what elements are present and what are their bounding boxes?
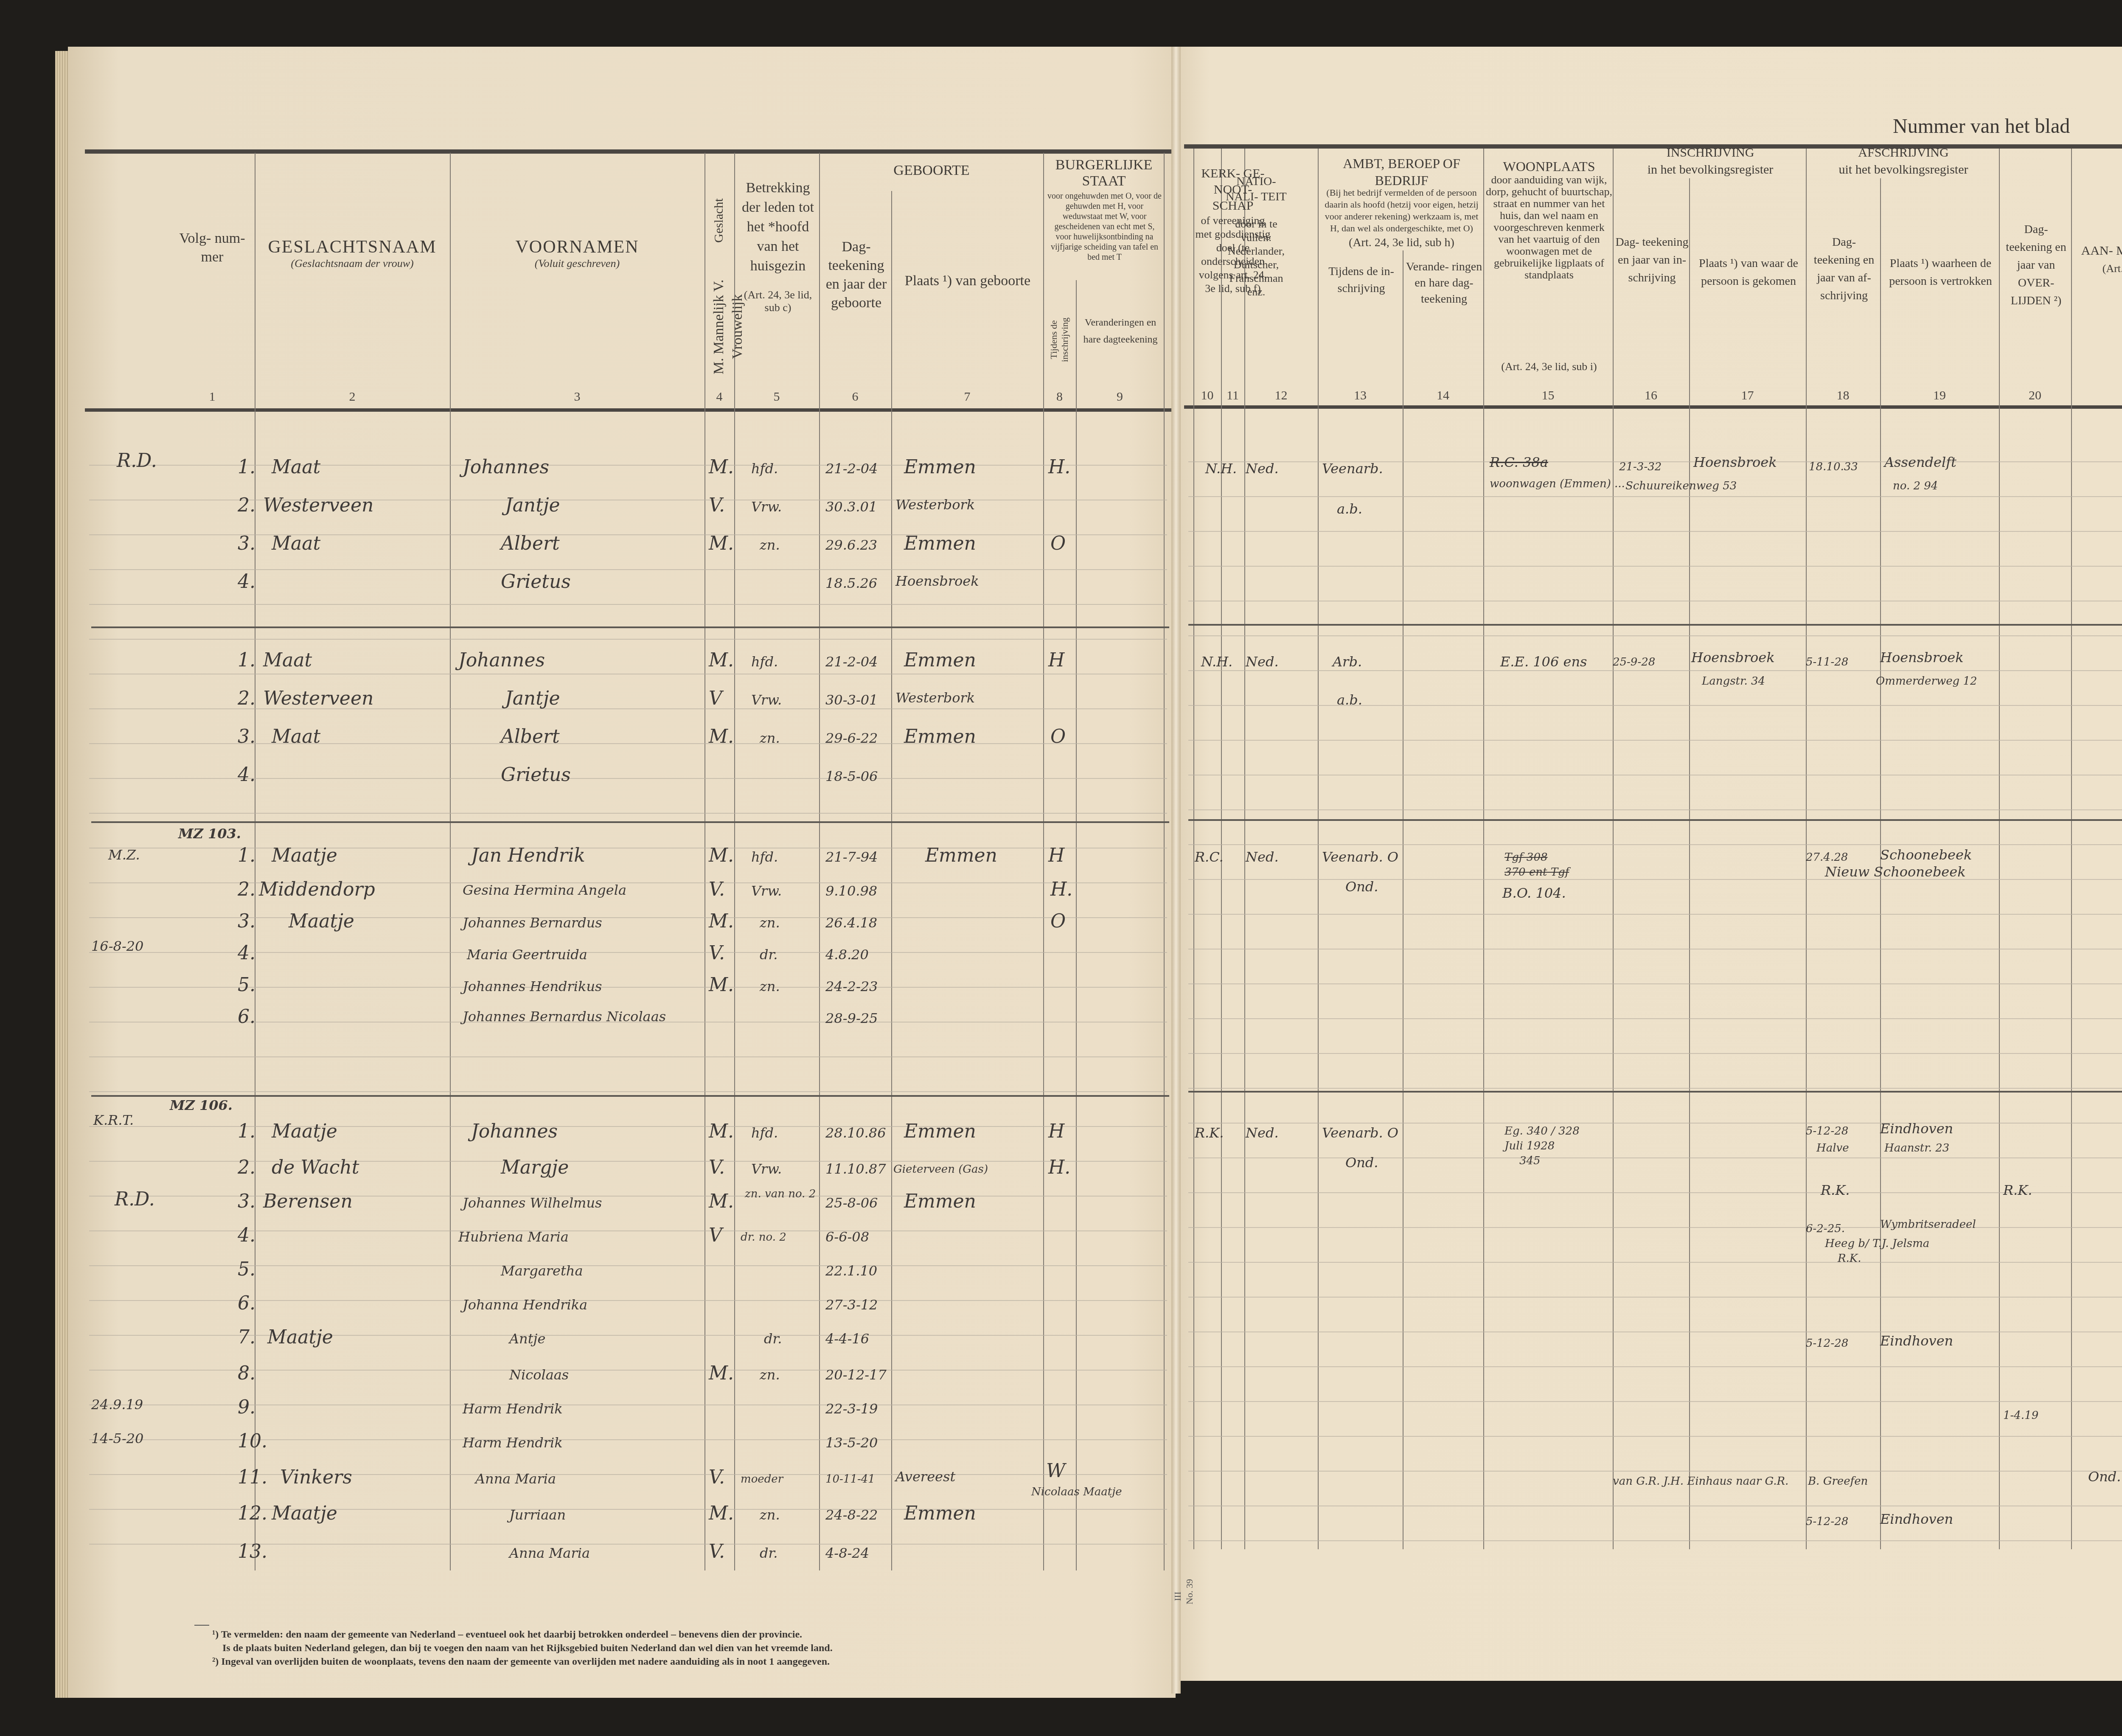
member-relation: hfd. [751,849,778,865]
ruling-line [1188,566,2122,567]
colnum-10: 10 [1193,388,1221,403]
member-relation: zn. van no. 2 [745,1188,817,1199]
header-inschrijving-title: INSCHRIJVING [1615,144,1806,161]
member-residence: Eg. 340 / 328 [1504,1125,1580,1138]
member-pob: Westerbork [895,497,975,513]
member-out-place: Eindhoven [1880,1333,1953,1349]
member-given: Albert [501,533,560,554]
ruling-line [89,1056,1167,1057]
header-ambt-art: (Art. 24, 3e lid, sub h) [1320,233,1483,252]
member-relation: zn. [760,730,780,746]
ruling-line [1188,809,2122,810]
member-number: 3. [238,910,255,932]
member-out-date: 6-2-25. [1806,1222,1845,1235]
member-in-date: 25-9-28 [1613,656,1655,669]
header-col5: Betrekking der leden tot het *hoofd van … [738,178,818,314]
member-pob: Emmen [925,845,997,866]
header-col11: NATIO- NALI- TEIT door in te vullen: Ned… [1222,174,1290,299]
member-out-place: Eindhoven [1880,1121,1953,1137]
member-pob: Emmen [904,1191,976,1212]
header-inschrijving-sub: in het bevolkingsregister [1615,161,1806,178]
member-given: Harm Hendrik [463,1401,563,1417]
member-given: Johannes Bernardus Nicolaas [463,1006,700,1027]
colnum-4: 4 [705,390,734,404]
member-given: Jantje [505,494,560,516]
ruling-line [1188,601,2122,601]
member-pob: Hoensbroek [895,573,979,589]
member-surname: Maat [272,456,320,478]
col-divider [819,153,820,1570]
member-number: 1. [238,1121,255,1142]
member-dob: 4-4-16 [825,1331,869,1347]
member-relation: dr. no. 2 [741,1231,786,1244]
member-given: Jantje [505,688,560,709]
member-church: R.K. [1195,1125,1224,1141]
member-sex: M. [709,649,734,671]
margin-note: R.D. [115,1188,155,1210]
member-residence-new: B.O. 104. [1502,885,1566,901]
member-residence-change: 370 ent Tgf [1504,866,1569,879]
member-number: 2. [238,1157,255,1178]
colnum-1: 1 [170,390,255,404]
col-divider [1164,153,1165,1570]
member-dob: 4-8-24 [825,1545,869,1561]
member-dob: 28-9-25 [825,1010,878,1026]
member-occupation-note: Ond. [1345,1155,1378,1171]
member-relation: hfd. [751,461,778,477]
member-out-place-2: Nieuw Schoonebeek [1825,864,1966,880]
header-top-rule-left [85,149,1171,154]
member-out-date: 5-12-28 [1806,1337,1848,1350]
ruling-line [1188,1157,2122,1158]
member-given: Gesina Hermina Angela [463,882,626,898]
member-occupation-note: a.b. [1337,692,1362,708]
member-sex: V. [709,494,725,516]
col-divider [1689,178,1690,1549]
member-sex: M. [709,533,734,554]
member-civil: H [1048,845,1064,866]
member-sex: M. [709,456,734,478]
household-separator [91,821,1169,823]
header-col11-sub: door in te vullen: Nederlander, Duitsche… [1222,217,1290,299]
member-number: 1. [238,456,255,478]
header-col13: Verande- ringen en hare dag- teekening [1405,259,1483,307]
member-number: 2. [238,879,255,900]
ruling-line [1188,775,2122,775]
ruling-line [1188,914,2122,915]
member-out-date: 5-12-28 [1806,1125,1848,1138]
colnum-20: 20 [1999,388,2071,403]
member-sex: V. [709,1157,725,1178]
member-in-place: van G.R. J.H. Einhaus [1613,1475,1732,1488]
ruling-line [1188,705,2122,706]
member-out-place-street: Haanstr. 23 [1884,1142,1949,1155]
member-sex: V. [709,942,725,964]
header-col4: Geslacht [710,178,731,263]
ruling-line [1188,879,2122,880]
member-relation: dr. [760,947,778,963]
col-divider [1318,149,1319,1549]
member-given: Johannes Wilhelmus [463,1195,602,1211]
member-sex: M. [709,910,734,932]
member-dob: 18-5-06 [825,768,878,784]
header-col12: Tijdens de in- schrijving [1320,263,1403,297]
member-civil: H. [1048,456,1070,478]
member-out-place: R.K. [1821,1182,1850,1198]
member-dob: 30-3-01 [825,692,878,708]
header-col9: Veranderingen en hare dagteekening [1078,314,1163,348]
member-sex: V [709,1225,722,1246]
member-given: Johanna Hendrika [463,1297,587,1313]
margin-reference: MZ 103. [178,826,241,842]
colnum-12: 12 [1244,388,1318,403]
member-dob: 11.10.87 [825,1161,886,1177]
member-residence: R.C. 38a [1490,454,1548,470]
member-relation: dr. [764,1331,782,1347]
member-relation: dr. [760,1545,778,1561]
member-given: Johannes [463,456,549,478]
member-civil-note: Nicolaas Maatje [1031,1486,1122,1498]
col-divider [1043,153,1044,1570]
member-given: Hubriena Maria [458,1229,569,1245]
member-church: N.H. [1201,654,1232,670]
header-afschrijving: AFSCHRIJVING uit het bevolkingsregister [1808,144,1999,178]
ruling-line [89,639,1167,640]
member-given: Margje [501,1157,569,1178]
margin-reference: MZ 106. [170,1097,233,1113]
member-surname: Westerveen [263,494,373,516]
header-col16: Plaats ¹) van waar de persoon is gekomen [1691,255,1806,290]
member-number: 6. [238,1292,255,1314]
member-surname: Middendorp [259,879,375,900]
header-col19: Dag- teekening en jaar van OVER- LIJDEN … [2001,221,2071,310]
header-col20: AAN- MERKINGEN (Art. 24, 5e lid) [2073,242,2122,278]
member-given: Johannes [458,649,545,671]
member-dob: 28.10.86 [825,1125,886,1141]
ruling-line [1188,1471,2122,1472]
header-col17: Dag- teekening en jaar van af- schrijvin… [1808,233,1880,305]
member-nationality: Ned. [1246,849,1279,865]
member-civil: O [1050,533,1066,554]
ruling-line [1188,844,2122,845]
member-pob: Emmen [904,1121,976,1142]
colnum-8: 8 [1043,390,1076,404]
header-col14: WOONPLAATS [1485,157,1613,176]
header-col6: Dag- teekening en jaar der geboorte [821,238,891,312]
member-dob: 22-3-19 [825,1401,878,1417]
member-surname: Maatje [272,1121,337,1142]
member-in-place-street: Langstr. 34 [1702,675,1765,688]
colnum-18: 18 [1806,388,1880,403]
member-in-place: Hoensbroek [1691,649,1775,666]
ruling-line [1188,1297,2122,1298]
member-dob: 30.3.01 [825,499,877,515]
col-divider [1076,280,1077,1570]
member-surname: Maat [272,726,320,747]
member-surname: Maat [263,649,312,671]
member-dob: 9.10.98 [825,883,877,899]
member-relation: zn. [760,1367,780,1383]
member-dob: 24-8-22 [825,1507,878,1523]
col-divider [1999,149,2000,1549]
member-sex: V. [709,1466,725,1488]
header-col4-sub: M. Mannelijk V. Vrouwelijk [710,272,731,382]
header-bottom-rule-left [85,408,1171,412]
member-number: 2. [238,494,255,516]
household-separator [91,626,1169,628]
ruling-line [1188,670,2122,671]
header-col2-title: GESLACHTSNAAM [263,238,441,256]
member-number: 10. [238,1430,267,1452]
member-relation: Vrw. [751,499,782,515]
colnum-6: 6 [819,390,891,404]
footnote-1-cont: Is de plaats buiten Nederland gelegen, d… [212,1641,942,1655]
member-church: R.C. [1195,849,1224,865]
member-number: 4. [238,1225,255,1246]
ruling-line [89,1091,1167,1092]
header-ambt-sub: (Bij het bedrijf vermelden of de persoon… [1322,187,1481,234]
col-divider [1483,149,1484,1549]
household-separator [1188,819,2122,821]
header-col5-title: Betrekking der leden tot het *hoofd van … [738,178,818,276]
member-dob: 18.5.26 [825,575,877,591]
col-divider [2071,149,2072,1549]
member-number: 3. [238,533,255,554]
ruling-line [1188,531,2122,532]
member-dob: 13-5-20 [825,1435,878,1451]
member-dob: 24-2-23 [825,978,878,994]
header-col7: Plaats ¹) van geboorte [893,272,1042,290]
member-given: Antje [509,1331,545,1347]
ruling-line [1188,635,2122,636]
member-dob: 27-3-12 [825,1297,878,1313]
ruling-line [1188,1088,2122,1089]
member-number: 3. [238,726,255,747]
colnum-5: 5 [734,390,819,404]
member-number: 2. [238,688,255,709]
member-nationality: Ned. [1246,654,1279,670]
member-number: 9. [238,1396,255,1418]
colnum-14: 14 [1403,388,1483,403]
member-number: 6. [238,1006,255,1028]
member-occupation-note: Ond. [1345,879,1378,895]
member-number: 4. [238,571,255,593]
ruling-line [89,569,1167,570]
ruling-line [1188,1123,2122,1124]
household-separator [1188,1091,2122,1093]
member-civil: O [1050,910,1066,932]
member-relation: moeder [741,1473,783,1486]
member-relation: zn. [760,915,780,931]
ruling-line [1188,1053,2122,1054]
member-number: 1. [238,649,255,671]
header-col14-art: (Art. 24, 3e lid, sub i) [1485,361,1613,373]
member-surname: Maatje [272,845,337,866]
member-death: 1-4.19 [2003,1409,2038,1422]
ruling-line [1188,1192,2122,1193]
member-residence: E.E. 106 ens [1500,654,1587,670]
member-in-date: 21-3-32 [1619,461,1662,473]
header-col11-title: NATIO- NALI- TEIT [1222,174,1290,205]
member-number: 3. [238,1191,255,1212]
member-pob: Westerbork [895,690,975,706]
member-number: 4. [238,942,255,964]
member-residence-new: 345 [1519,1155,1541,1167]
member-given: Margaretha [501,1263,583,1279]
book-spine [1171,47,1181,1694]
member-given: Nicolaas [509,1367,569,1383]
member-surname: Berensen [263,1191,353,1212]
margin-note: R.D. [117,450,157,472]
member-death: R.K. [2003,1182,2032,1198]
member-dob: 21-2-04 [825,654,878,670]
member-given: Johannes Bernardus [463,915,602,931]
member-civil: W [1046,1460,1065,1482]
member-relation: zn. [760,1507,780,1523]
member-sex: V. [709,879,725,900]
member-out-place: Eindhoven [1880,1511,1953,1527]
header-col3-sub: (Voluit geschreven) [458,256,696,271]
member-number: 13. [238,1541,267,1562]
ruling-line [1188,740,2122,741]
member-dob: 6-6-08 [825,1229,869,1245]
ruling-line [1188,1506,2122,1506]
member-occupation: Veenarb. [1322,461,1383,477]
col-divider [1403,250,1403,1549]
col-divider [450,153,451,1570]
col-divider [1613,149,1614,1549]
header-bottom-rule-right [1184,405,2122,409]
member-out-place-note: Heeg b/ T.J. Jelsma [1825,1237,1929,1250]
header-geboorte: GEBOORTE [821,161,1042,180]
header-col18: Plaats ¹) waarheen de persoon is vertrok… [1882,255,1999,290]
member-given: Johannes [471,1121,558,1142]
member-pob: Emmen [904,533,976,554]
member-in-place: Hoensbroek [1693,454,1777,470]
member-church: N.H. [1205,461,1237,477]
header-col5-sub: (Art. 24, 3e lid, sub c) [738,289,818,314]
member-sex: M. [709,726,734,747]
header-col3: VOORNAMEN (Voluit geschreven) [458,238,696,271]
header-col2: GESLACHTSNAAM (Geslachtsnaam der vrouw) [263,238,441,271]
member-number: 5. [238,974,255,996]
ruling-line [1188,1227,2122,1228]
member-dob: 10-11-41 [825,1473,875,1486]
colnum-7: 7 [891,390,1043,404]
member-number: 5. [238,1258,255,1280]
member-in-place-street: Schuureikenweg 53 [1625,480,1737,492]
margin-date: 14-5-20 [91,1430,143,1447]
header-afschrijving-sub: uit het bevolkingsregister [1808,161,1999,178]
member-civil: H [1048,649,1064,671]
header-col1: Volg- num- mer [170,229,255,267]
member-given: Anna Maria [475,1471,556,1487]
member-sex: M. [709,1362,734,1384]
margin-date: 24.9.19 [91,1396,143,1413]
member-civil: H. [1050,879,1072,900]
member-relation: Vrw. [751,1161,782,1177]
member-number: 1. [238,845,255,866]
ruling-line [89,604,1167,605]
member-given: Jurriaan [509,1507,566,1523]
header-ambt: AMBT, BEROEP OF BEDRIJF [1320,155,1483,189]
member-relation: hfd. [751,654,778,670]
member-residence-note: woonwagen (Emmen) ... [1490,478,1625,490]
member-sex: V [709,688,722,709]
member-pob: Gieterveen (Gas) [893,1163,988,1176]
member-dob: 25-8-06 [825,1195,878,1211]
member-dob: 4.8.20 [825,947,869,963]
margin-note: K.R.T. [93,1112,134,1128]
member-given: Anna Maria [509,1545,590,1561]
member-given: Grietus [501,571,571,593]
member-remarks: Ond. [2088,1469,2121,1485]
ruling-line [89,674,1167,674]
footnote-rule [194,1625,209,1626]
member-surname: de Wacht [272,1157,359,1178]
sheet-label: Nummer van het blad [1893,115,2070,138]
member-sex: M. [709,1191,734,1212]
ruling-line [89,813,1167,814]
member-out-place-church: R.K. [1838,1252,1861,1265]
header-inschrijving: INSCHRIJVING in het bevolkingsregister [1615,144,1806,178]
member-nationality: Ned. [1246,1125,1279,1141]
member-dob: 22.1.10 [825,1263,877,1279]
member-dob: 29.6.23 [825,537,877,553]
member-number: 12. [238,1503,267,1524]
member-surname: Maatje [289,910,354,932]
header-col2-sub: (Geslachtsnaam der vrouw) [263,256,441,271]
member-out-place-street: no. 2 94 [1893,480,1938,492]
member-surname: Vinkers [280,1466,352,1488]
ruling-line [1188,949,2122,949]
member-given: Albert [501,726,560,747]
header-col20-title: AAN- MERKINGEN [2073,242,2122,260]
member-number: 11. [238,1466,267,1488]
footnote-1: ¹) Te vermelden: den naam der gemeente v… [212,1628,942,1641]
member-out-date: 5-12-28 [1806,1515,1848,1528]
member-civil: O [1050,726,1066,747]
member-number: 7. [238,1326,255,1348]
member-occupation: Veenarb. O [1322,1125,1398,1141]
ruling-line [1188,1366,2122,1367]
member-given: Harm Hendrik [463,1435,563,1451]
member-out-date: 18.10.33 [1809,461,1858,473]
member-surname: Maatje [267,1326,333,1348]
member-surname: Maat [272,533,320,554]
member-out-place-street: Ommerderweg 12 [1876,675,1977,688]
ruling-line [1188,1018,2122,1019]
member-relation: Vrw. [751,883,782,899]
member-number: 8. [238,1362,255,1384]
member-sex: M. [709,1121,734,1142]
member-given: Johannes Hendrikus [463,978,602,994]
col-divider [705,153,705,1570]
member-given: Maria Geertruida [467,947,587,963]
member-pob: Emmen [904,649,976,671]
member-out-place: Wymbritseradeel [1880,1218,1976,1231]
member-relation: hfd. [751,1125,778,1141]
header-col20-sub: (Art. 24, 5e lid) [2073,260,2122,278]
footnotes: ¹) Te vermelden: den naam der gemeente v… [212,1628,942,1669]
member-number: 4. [238,764,255,786]
member-pob: Emmen [904,1503,976,1524]
col-divider [734,153,735,1570]
member-out-date: naar G.R. [1736,1475,1788,1488]
header-col8: Tijdens de inschrijving [1048,297,1074,382]
colnum-2: 2 [255,390,450,404]
member-dob: 20-12-17 [825,1367,887,1383]
